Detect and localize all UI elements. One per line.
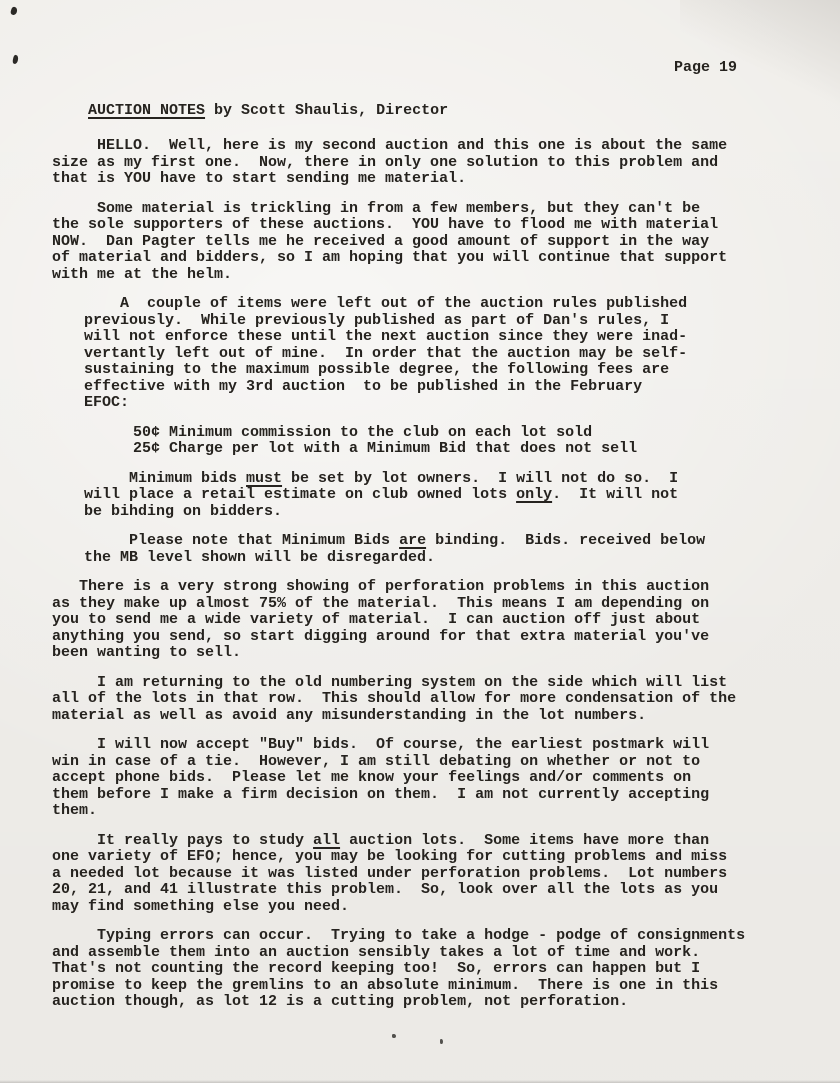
text-segment: promise to keep the gremlins to an absol… [52,977,718,994]
text-line: A couple of items were left out of the a… [84,296,788,313]
text-line: HELLO. Well, here is my second auction a… [52,138,788,155]
text-segment: one variety of EFO; hence, you may be lo… [52,848,727,865]
paragraph: It really pays to study all auction lots… [52,833,788,916]
text-line: auction though, as lot 12 is a cutting p… [52,994,788,1011]
text-segment: previously. While previously published a… [84,312,669,329]
text-line: will place a retail estimate on club own… [84,487,788,504]
text-line: effective with my 3rd auction to be publ… [84,379,788,396]
text-segment: them before I make a firm decision on th… [52,786,709,803]
text-line: Please note that Minimum Bids are bindin… [84,533,788,550]
text-segment: auction though, as lot 12 is a cutting p… [52,993,628,1010]
text-segment: Some material is trickling in from a few… [52,200,700,217]
text-line: promise to keep the gremlins to an absol… [52,978,788,995]
text-line: them before I make a firm decision on th… [52,787,788,804]
text-segment: with me at the helm. [52,266,232,283]
text-segment: vertantly left out of mine. In order tha… [84,345,687,362]
text-segment: anything you send, so start digging arou… [52,628,709,645]
text-line: It really pays to study all auction lots… [52,833,788,850]
text-line: as they make up almost 75% of the materi… [52,596,788,613]
text-segment: the MB level shown will be disregarded. [84,549,435,566]
paragraph: I am returning to the old numbering syst… [52,675,788,725]
text-segment: the sole supporters of these auctions. Y… [52,216,718,233]
page-number: Page 19 [674,60,737,77]
text-line: 25¢ Charge per lot with a Minimum Bid th… [133,441,788,458]
text-segment: will place a retail estimate on club own… [84,486,516,503]
text-line: you to send me a wide variety of materia… [52,612,788,629]
text-segment: sustaining to the maximum possible degre… [84,361,669,378]
paragraph: I will now accept "Buy" bids. Of course,… [52,737,788,820]
text-segment: There is a very strong showing of perfor… [52,578,709,595]
text-segment: been wanting to sell. [52,644,241,661]
scanned-document-page: Page 19 AUCTION NOTES by Scott Shaulis, … [0,0,840,1083]
scan-speck [12,55,19,65]
text-segment: 20, 21, and 41 illustrate this problem. … [52,881,718,898]
text-line: Typing errors can occur. Trying to take … [52,928,788,945]
text-segment: It really pays to study [52,832,313,849]
text-line: Some material is trickling in from a few… [52,201,788,218]
paragraph: HELLO. Well, here is my second auction a… [52,138,788,188]
text-segment: Typing errors can occur. Trying to take … [52,927,745,944]
text-line: the MB level shown will be disregarded. [84,550,788,567]
text-segment: auction lots. Some items have more than [340,832,709,849]
text-segment: NOW. Dan Pagter tells me he received a g… [52,233,709,250]
text-segment: and assemble them into an auction sensib… [52,944,700,961]
text-segment: may find something else you need. [52,898,349,915]
paragraph: Minimum bids must be set by lot owners. … [84,471,788,521]
text-line: 20, 21, and 41 illustrate this problem. … [52,882,788,899]
text-line: win in case of a tie. However, I am stil… [52,754,788,771]
paragraph: 50¢ Minimum commission to the club on ea… [133,425,788,458]
paragraph: Please note that Minimum Bids are bindin… [84,533,788,566]
text-segment: will not enforce these until the next au… [84,328,687,345]
text-line: I am returning to the old numbering syst… [52,675,788,692]
scan-speck [392,1034,396,1038]
text-line: There is a very strong showing of perfor… [52,579,788,596]
text-line: That's not counting the record keeping t… [52,961,788,978]
text-line: vertantly left out of mine. In order tha… [84,346,788,363]
paragraph: Some material is trickling in from a few… [52,201,788,284]
text-line: EFOC: [84,395,788,412]
text-line: I will now accept "Buy" bids. Of course,… [52,737,788,754]
text-segment: material as well as avoid any misunderst… [52,707,646,724]
text-line: Minimum bids must be set by lot owners. … [84,471,788,488]
text-segment: 25¢ Charge per lot with a Minimum Bid th… [133,440,637,457]
text-segment: be bihding on bidders. [84,503,282,520]
text-line: may find something else you need. [52,899,788,916]
text-line: a needed lot because it was listed under… [52,866,788,883]
text-segment: I am returning to the old numbering syst… [52,674,727,691]
text-line: and assemble them into an auction sensib… [52,945,788,962]
text-line: sustaining to the maximum possible degre… [84,362,788,379]
text-line: be bihding on bidders. [84,504,788,521]
article-header: AUCTION NOTES by Scott Shaulis, Director [52,86,448,136]
paragraph: Typing errors can occur. Trying to take … [52,928,788,1011]
text-segment: EFOC: [84,394,129,411]
text-line: been wanting to sell. [52,645,788,662]
text-segment: win in case of a tie. However, I am stil… [52,753,700,770]
text-segment: that is YOU have to start sending me mat… [52,170,466,187]
underlined-text: must [246,470,282,487]
article-title: AUCTION NOTES [88,102,205,119]
document-body: HELLO. Well, here is my second auction a… [52,138,788,1024]
text-line: NOW. Dan Pagter tells me he received a g… [52,234,788,251]
underlined-text: are [399,532,426,549]
text-segment: you to send me a wide variety of materia… [52,611,700,628]
text-segment: effective with my 3rd auction to be publ… [84,378,642,395]
text-segment: them. [52,802,97,819]
paragraph: There is a very strong showing of perfor… [52,579,788,662]
text-segment: of material and bidders, so I am hoping … [52,249,727,266]
scan-speck [10,6,18,15]
text-line: them. [52,803,788,820]
text-line: anything you send, so start digging arou… [52,629,788,646]
text-line: of material and bidders, so I am hoping … [52,250,788,267]
text-segment: be set by lot owners. I will not do so. … [282,470,678,487]
text-line: that is YOU have to start sending me mat… [52,171,788,188]
text-segment: That's not counting the record keeping t… [52,960,700,977]
text-line: the sole supporters of these auctions. Y… [52,217,788,234]
underlined-text: all [313,832,340,849]
text-line: one variety of EFO; hence, you may be lo… [52,849,788,866]
text-segment: binding. Bids. received below [426,532,705,549]
text-segment: HELLO. Well, here is my second auction a… [52,137,727,154]
scan-speck [440,1039,443,1044]
text-line: material as well as avoid any misunderst… [52,708,788,725]
text-line: all of the lots in that row. This should… [52,691,788,708]
text-segment: I will now accept "Buy" bids. Of course,… [52,736,709,753]
text-line: with me at the helm. [52,267,788,284]
text-segment: all of the lots in that row. This should… [52,690,736,707]
text-segment: . It will not [552,486,678,503]
text-line: size as my first one. Now, there in only… [52,155,788,172]
text-line: accept phone bids. Please let me know yo… [52,770,788,787]
text-segment: A couple of items were left out of the a… [84,295,687,312]
text-segment: Please note that Minimum Bids [84,532,399,549]
text-line: 50¢ Minimum commission to the club on ea… [133,425,788,442]
article-byline: by Scott Shaulis, Director [205,102,448,119]
text-segment: accept phone bids. Please let me know yo… [52,769,691,786]
text-segment: as they make up almost 75% of the materi… [52,595,709,612]
text-line: will not enforce these until the next au… [84,329,788,346]
paragraph: A couple of items were left out of the a… [84,296,788,412]
text-segment: Minimum bids [84,470,246,487]
text-segment: 50¢ Minimum commission to the club on ea… [133,424,592,441]
text-segment: a needed lot because it was listed under… [52,865,727,882]
text-segment: size as my first one. Now, there in only… [52,154,718,171]
underlined-text: only [516,486,552,503]
text-line: previously. While previously published a… [84,313,788,330]
